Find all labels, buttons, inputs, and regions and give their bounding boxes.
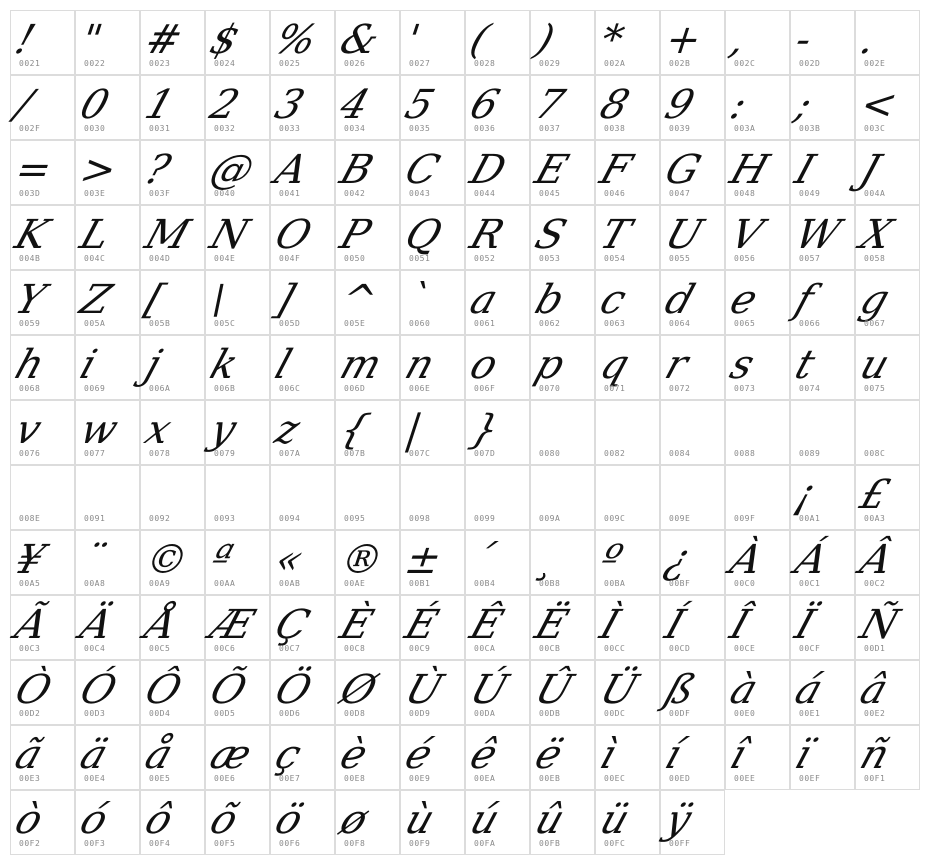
glyph-codepoint-label: 0088 <box>734 449 755 458</box>
glyph-cell: ¨00A8 <box>75 530 140 595</box>
glyph-cell: "0022 <box>75 10 140 75</box>
glyph-cell: g0067 <box>855 270 920 335</box>
glyph-cell: ë00EB <box>530 725 595 790</box>
glyph-codepoint-label: 0065 <box>734 319 755 328</box>
glyph-cell: &0026 <box>335 10 400 75</box>
glyph-codepoint-label: 00E6 <box>214 774 235 783</box>
glyph-cell: >003E <box>75 140 140 205</box>
glyph-cell: ì00EC <box>595 725 660 790</box>
glyph-cell: [005B <box>140 270 205 335</box>
glyph-sample: . <box>854 15 930 65</box>
glyph-codepoint-label: 00EC <box>604 774 625 783</box>
glyph-codepoint-label: 00F3 <box>84 839 105 848</box>
glyph-cell: y0079 <box>205 400 270 465</box>
glyph-codepoint-label: 0046 <box>604 189 625 198</box>
glyph-sample: g <box>854 275 930 325</box>
glyph-cell: W0057 <box>790 205 855 270</box>
glyph-cell: {007B <box>335 400 400 465</box>
glyph-codepoint-label: 0069 <box>84 384 105 393</box>
glyph-codepoint-label: 0024 <box>214 59 235 68</box>
glyph-cell: '0027 <box>400 10 465 75</box>
glyph-codepoint-label: 00EF <box>799 774 820 783</box>
glyph-codepoint-label: 006B <box>214 384 235 393</box>
glyph-codepoint-label: 0080 <box>539 449 560 458</box>
glyph-cell: N004E <box>205 205 270 270</box>
glyph-cell: Å00C5 <box>140 595 205 660</box>
glyph-codepoint-label: 00F5 <box>214 839 235 848</box>
glyph-codepoint-label: 0075 <box>864 384 885 393</box>
glyph-cell: ã00E3 <box>10 725 75 790</box>
glyph-cell: ,002C <box>725 10 790 75</box>
glyph-cell: B0042 <box>335 140 400 205</box>
glyph-cell: õ00F5 <box>205 790 270 855</box>
glyph-cell: ª00AA <box>205 530 270 595</box>
glyph-codepoint-label: 00FA <box>474 839 495 848</box>
glyph-cell: 80038 <box>595 75 660 140</box>
glyph-codepoint-label: 00E7 <box>279 774 300 783</box>
glyph-codepoint-label: 00CC <box>604 644 625 653</box>
glyph-cell: c0063 <box>595 270 660 335</box>
glyph-codepoint-label: 00E1 <box>799 709 820 718</box>
glyph-cell: p0070 <box>530 335 595 400</box>
glyph-cell: Ò00D2 <box>10 660 75 725</box>
glyph-cell: û00FB <box>530 790 595 855</box>
glyph-codepoint-label: 003C <box>864 124 885 133</box>
glyph-codepoint-label: 00F8 <box>344 839 365 848</box>
glyph-codepoint-label: 00A1 <box>799 514 820 523</box>
glyph-cell: Ä00C4 <box>75 595 140 660</box>
glyph-codepoint-label: 00AE <box>344 579 365 588</box>
glyph-cell: ò00F2 <box>10 790 75 855</box>
glyph-codepoint-label: 0076 <box>19 449 40 458</box>
glyph-cell: ô00F4 <box>140 790 205 855</box>
glyph-codepoint-label: 00BF <box>669 579 690 588</box>
glyph-codepoint-label: 0060 <box>409 319 430 328</box>
glyph-codepoint-label: 0092 <box>149 514 170 523</box>
glyph-codepoint-label: 0042 <box>344 189 365 198</box>
glyph-codepoint-label: 00E8 <box>344 774 365 783</box>
glyph-cell: (0028 <box>465 10 530 75</box>
glyph-codepoint-label: 00E4 <box>84 774 105 783</box>
glyph-cell: R0052 <box>465 205 530 270</box>
glyph-codepoint-label: 00C9 <box>409 644 430 653</box>
glyph-codepoint-label: 0034 <box>344 124 365 133</box>
glyph-cell: ¿00BF <box>660 530 725 595</box>
glyph-cell: l006C <box>270 335 335 400</box>
glyph-cell: «00AB <box>270 530 335 595</box>
glyph-codepoint-label: 0030 <box>84 124 105 133</box>
glyph-cell: 0080 <box>530 400 595 465</box>
glyph-cell: r0072 <box>660 335 725 400</box>
glyph-sample: Â <box>854 535 930 585</box>
glyph-codepoint-label: 00F9 <box>409 839 430 848</box>
glyph-codepoint-label: 00CF <box>799 644 820 653</box>
glyph-codepoint-label: 00B1 <box>409 579 430 588</box>
glyph-cell: ;003B <box>790 75 855 140</box>
glyph-cell: t0074 <box>790 335 855 400</box>
glyph-cell: *002A <box>595 10 660 75</box>
glyph-cell: Ç00C7 <box>270 595 335 660</box>
glyph-codepoint-label: 00AB <box>279 579 300 588</box>
glyph-cell: h0068 <box>10 335 75 400</box>
glyph-cell: 008E <box>10 465 75 530</box>
glyph-codepoint-label: 0033 <box>279 124 300 133</box>
glyph-cell: \005C <box>205 270 270 335</box>
glyph-cell: <003C <box>855 75 920 140</box>
glyph-sample: < <box>854 80 930 130</box>
glyph-codepoint-label: 003A <box>734 124 755 133</box>
glyph-codepoint-label: 0056 <box>734 254 755 263</box>
glyph-cell: x0078 <box>140 400 205 465</box>
glyph-cell: 0095 <box>335 465 400 530</box>
glyph-cell: í00ED <box>660 725 725 790</box>
glyph-cell: n006E <box>400 335 465 400</box>
glyph-cell: Ü00DC <box>595 660 660 725</box>
glyph-cell: ^005E <box>335 270 400 335</box>
glyph-cell: !0021 <box>10 10 75 75</box>
glyph-codepoint-label: 0048 <box>734 189 755 198</box>
glyph-cell: ¥00A5 <box>10 530 75 595</box>
glyph-codepoint-label: 004C <box>84 254 105 263</box>
glyph-codepoint-label: 006D <box>344 384 365 393</box>
glyph-codepoint-label: 0068 <box>19 384 40 393</box>
glyph-codepoint-label: 00B4 <box>474 579 495 588</box>
glyph-codepoint-label: 0082 <box>604 449 625 458</box>
glyph-codepoint-label: 0089 <box>799 449 820 458</box>
glyph-cell: 0089 <box>790 400 855 465</box>
glyph-codepoint-label: 00F6 <box>279 839 300 848</box>
glyph-codepoint-label: 0026 <box>344 59 365 68</box>
glyph-cell: á00E1 <box>790 660 855 725</box>
glyph-codepoint-label: 003F <box>149 189 170 198</box>
glyph-cell: Û00DB <box>530 660 595 725</box>
glyph-codepoint-label: 00C5 <box>149 644 170 653</box>
glyph-cell: `0060 <box>400 270 465 335</box>
glyph-codepoint-label: 0091 <box>84 514 105 523</box>
glyph-codepoint-label: 00E2 <box>864 709 885 718</box>
glyph-codepoint-label: 0045 <box>539 189 560 198</box>
glyph-cell: À00C0 <box>725 530 790 595</box>
glyph-codepoint-label: 009E <box>669 514 690 523</box>
glyph-cell: ø00F8 <box>335 790 400 855</box>
glyph-cell: z007A <box>270 400 335 465</box>
glyph-codepoint-label: 0039 <box>669 124 690 133</box>
glyph-cell: ú00FA <box>465 790 530 855</box>
glyph-cell: 0091 <box>75 465 140 530</box>
glyph-codepoint-label: 00C6 <box>214 644 235 653</box>
glyph-codepoint-label: 00A3 <box>864 514 885 523</box>
glyph-codepoint-label: 00D1 <box>864 644 885 653</box>
glyph-sample <box>854 405 930 455</box>
glyph-cell: 009F <box>725 465 790 530</box>
glyph-cell: e0065 <box>725 270 790 335</box>
glyph-cell: 009A <box>530 465 595 530</box>
glyph-codepoint-label: 002C <box>734 59 755 68</box>
glyph-cell: ç00E7 <box>270 725 335 790</box>
glyph-codepoint-label: 00DF <box>669 709 690 718</box>
glyph-cell: 0092 <box>140 465 205 530</box>
glyph-cell: J004A <box>855 140 920 205</box>
glyph-codepoint-label: 0055 <box>669 254 690 263</box>
glyph-codepoint-label: 0084 <box>669 449 690 458</box>
glyph-cell: 40034 <box>335 75 400 140</box>
glyph-cell: ß00DF <box>660 660 725 725</box>
glyph-cell: I0049 <box>790 140 855 205</box>
glyph-cell: å00E5 <box>140 725 205 790</box>
glyph-cell: à00E0 <box>725 660 790 725</box>
glyph-cell: Ê00CA <box>465 595 530 660</box>
glyph-cell: Î00CE <box>725 595 790 660</box>
glyph-cell: )0029 <box>530 10 595 75</box>
glyph-codepoint-label: 004E <box>214 254 235 263</box>
glyph-sample: X <box>854 210 930 260</box>
glyph-codepoint-label: 0078 <box>149 449 170 458</box>
glyph-cell: 50035 <box>400 75 465 140</box>
glyph-codepoint-label: 0023 <box>149 59 170 68</box>
glyph-codepoint-label: 00EB <box>539 774 560 783</box>
glyph-codepoint-label: 0041 <box>279 189 300 198</box>
glyph-cell: 008C <box>855 400 920 465</box>
glyph-cell: j006A <box>140 335 205 400</box>
glyph-sample: ÿ <box>659 795 765 845</box>
glyph-codepoint-label: 0074 <box>799 384 820 393</box>
glyph-codepoint-label: 0025 <box>279 59 300 68</box>
glyph-codepoint-label: 00A9 <box>149 579 170 588</box>
glyph-cell: Ì00CC <box>595 595 660 660</box>
glyph-cell: ?003F <box>140 140 205 205</box>
glyph-codepoint-label: 0035 <box>409 124 430 133</box>
glyph-codepoint-label: 0063 <box>604 319 625 328</box>
glyph-codepoint-label: 0029 <box>539 59 560 68</box>
glyph-cell: Á00C1 <box>790 530 855 595</box>
glyph-codepoint-label: 0079 <box>214 449 235 458</box>
glyph-cell: G0047 <box>660 140 725 205</box>
glyph-codepoint-label: 0054 <box>604 254 625 263</box>
glyph-cell: L004C <box>75 205 140 270</box>
glyph-codepoint-label: 0044 <box>474 189 495 198</box>
glyph-codepoint-label: 009A <box>539 514 560 523</box>
glyph-cell: b0062 <box>530 270 595 335</box>
glyph-codepoint-label: 0061 <box>474 319 495 328</box>
glyph-cell: D0044 <box>465 140 530 205</box>
glyph-cell: Ë00CB <box>530 595 595 660</box>
glyph-codepoint-label: 00F2 <box>19 839 40 848</box>
glyph-cell: }007D <box>465 400 530 465</box>
glyph-cell: Â00C2 <box>855 530 920 595</box>
glyph-cell: ñ00F1 <box>855 725 920 790</box>
glyph-cell: U0055 <box>660 205 725 270</box>
glyph-cell: Ï00CF <box>790 595 855 660</box>
glyph-cell: ÿ00FF <box>660 790 725 855</box>
glyph-cell: .002E <box>855 10 920 75</box>
glyph-codepoint-label: 0040 <box>214 189 235 198</box>
glyph-codepoint-label: 00C8 <box>344 644 365 653</box>
glyph-cell: ®00AE <box>335 530 400 595</box>
glyph-cell: O004F <box>270 205 335 270</box>
glyph-cell: 10031 <box>140 75 205 140</box>
glyph-cell: Q0051 <box>400 205 465 270</box>
glyph-cell: 70037 <box>530 75 595 140</box>
glyph-codepoint-label: 007D <box>474 449 495 458</box>
glyph-codepoint-label: 00AA <box>214 579 235 588</box>
glyph-cell: É00C9 <box>400 595 465 660</box>
glyph-codepoint-label: 00C2 <box>864 579 885 588</box>
glyph-sample: â <box>854 665 930 715</box>
glyph-cell: 0088 <box>725 400 790 465</box>
glyph-cell: @0040 <box>205 140 270 205</box>
glyph-cell: é00E9 <box>400 725 465 790</box>
glyph-cell: £00A3 <box>855 465 920 530</box>
glyph-codepoint-label: 003D <box>19 189 40 198</box>
glyph-cell: 60036 <box>465 75 530 140</box>
glyph-cell: /002F <box>10 75 75 140</box>
glyph-cell: C0043 <box>400 140 465 205</box>
glyph-codepoint-label: 002A <box>604 59 625 68</box>
glyph-cell: 009E <box>660 465 725 530</box>
glyph-codepoint-label: 007C <box>409 449 430 458</box>
glyph-cell: k006B <box>205 335 270 400</box>
glyph-cell: Õ00D5 <box>205 660 270 725</box>
glyph-cell: ù00F9 <box>400 790 465 855</box>
glyph-codepoint-label: 00ED <box>669 774 690 783</box>
glyph-codepoint-label: 00D9 <box>409 709 430 718</box>
glyph-codepoint-label: 006A <box>149 384 170 393</box>
glyph-cell: A0041 <box>270 140 335 205</box>
glyph-cell: =003D <box>10 140 75 205</box>
glyph-codepoint-label: 00F1 <box>864 774 885 783</box>
glyph-cell: ¸00B8 <box>530 530 595 595</box>
glyph-codepoint-label: 00A8 <box>84 579 105 588</box>
glyph-codepoint-label: 0071 <box>604 384 625 393</box>
glyph-cell: 0098 <box>400 465 465 530</box>
glyph-cell: #0023 <box>140 10 205 75</box>
glyph-cell: T0054 <box>595 205 660 270</box>
glyph-codepoint-label: 00EA <box>474 774 495 783</box>
glyph-codepoint-label: 006F <box>474 384 495 393</box>
glyph-cell: ö00F6 <box>270 790 335 855</box>
glyph-cell: d0064 <box>660 270 725 335</box>
glyph-codepoint-label: 002D <box>799 59 820 68</box>
glyph-codepoint-label: 009C <box>604 514 625 523</box>
glyph-codepoint-label: 0070 <box>539 384 560 393</box>
glyph-codepoint-label: 00D2 <box>19 709 40 718</box>
glyph-codepoint-label: 007B <box>344 449 365 458</box>
glyph-cell: s0073 <box>725 335 790 400</box>
glyph-codepoint-label: 0051 <box>409 254 430 263</box>
glyph-codepoint-label: 0099 <box>474 514 495 523</box>
glyph-codepoint-label: 0098 <box>409 514 430 523</box>
glyph-codepoint-label: 0067 <box>864 319 885 328</box>
glyph-cell: ¡00A1 <box>790 465 855 530</box>
glyph-cell: o006F <box>465 335 530 400</box>
glyph-codepoint-label: 0043 <box>409 189 430 198</box>
glyph-codepoint-label: 003E <box>84 189 105 198</box>
glyph-cell: -002D <box>790 10 855 75</box>
glyph-cell: æ00E6 <box>205 725 270 790</box>
glyph-codepoint-label: 0028 <box>474 59 495 68</box>
glyph-codepoint-label: 0052 <box>474 254 495 263</box>
glyph-sample: ñ <box>854 730 930 780</box>
glyph-codepoint-label: 00D6 <box>279 709 300 718</box>
glyph-cell: Y0059 <box>10 270 75 335</box>
glyph-codepoint-label: 00EE <box>734 774 755 783</box>
glyph-codepoint-label: 00DC <box>604 709 625 718</box>
glyph-codepoint-label: 005A <box>84 319 105 328</box>
glyph-cell: Ú00DA <box>465 660 530 725</box>
glyph-cell: m006D <box>335 335 400 400</box>
glyph-sample: Ñ <box>854 600 930 650</box>
glyph-codepoint-label: 005E <box>344 319 365 328</box>
glyph-cell: V0056 <box>725 205 790 270</box>
glyph-codepoint-label: 00E3 <box>19 774 40 783</box>
glyph-cell: Í00CD <box>660 595 725 660</box>
glyph-sample: J <box>854 145 930 195</box>
glyph-codepoint-label: 0047 <box>669 189 690 198</box>
glyph-codepoint-label: 00DA <box>474 709 495 718</box>
glyph-cell: S0053 <box>530 205 595 270</box>
glyph-cell: P0050 <box>335 205 400 270</box>
glyph-cell: 00030 <box>75 75 140 140</box>
glyph-codepoint-label: 008E <box>19 514 40 523</box>
glyph-codepoint-label: 00C4 <box>84 644 105 653</box>
glyph-sample: £ <box>854 470 930 520</box>
glyph-codepoint-label: 00FB <box>539 839 560 848</box>
glyph-cell: ê00EA <box>465 725 530 790</box>
glyph-codepoint-label: 002B <box>669 59 690 68</box>
glyph-codepoint-label: 0094 <box>279 514 300 523</box>
glyph-codepoint-label: 0036 <box>474 124 495 133</box>
glyph-codepoint-label: 0049 <box>799 189 820 198</box>
glyph-codepoint-label: 00BA <box>604 579 625 588</box>
glyph-cell: Ö00D6 <box>270 660 335 725</box>
glyph-codepoint-label: 00CE <box>734 644 755 653</box>
glyph-codepoint-label: 00E9 <box>409 774 430 783</box>
glyph-cell: ü00FC <box>595 790 660 855</box>
glyph-cell: 0099 <box>465 465 530 530</box>
glyph-sample: u <box>854 340 930 390</box>
glyph-cell: 90039 <box>660 75 725 140</box>
glyph-codepoint-label: 0022 <box>84 59 105 68</box>
glyph-codepoint-label: 0093 <box>214 514 235 523</box>
glyph-codepoint-label: 008C <box>864 449 885 458</box>
glyph-codepoint-label: 0064 <box>669 319 690 328</box>
glyph-cell: E0045 <box>530 140 595 205</box>
glyph-codepoint-label: 0062 <box>539 319 560 328</box>
glyph-cell: è00E8 <box>335 725 400 790</box>
glyph-cell: K004B <box>10 205 75 270</box>
glyph-cell: º00BA <box>595 530 660 595</box>
glyph-cell: Ã00C3 <box>10 595 75 660</box>
glyph-cell: ä00E4 <box>75 725 140 790</box>
glyph-cell: w0077 <box>75 400 140 465</box>
glyph-cell: a0061 <box>465 270 530 335</box>
glyph-cell: ´00B4 <box>465 530 530 595</box>
glyph-codepoint-label: 0031 <box>149 124 170 133</box>
glyph-codepoint-label: 00FF <box>669 839 690 848</box>
glyph-cell: $0024 <box>205 10 270 75</box>
glyph-codepoint-label: 0032 <box>214 124 235 133</box>
glyph-cell: Z005A <box>75 270 140 335</box>
glyph-cell: H0048 <box>725 140 790 205</box>
glyph-cell: 0084 <box>660 400 725 465</box>
glyph-cell: ó00F3 <box>75 790 140 855</box>
glyph-codepoint-label: 004B <box>19 254 40 263</box>
glyph-codepoint-label: 007A <box>279 449 300 458</box>
glyph-codepoint-label: 00D3 <box>84 709 105 718</box>
glyph-codepoint-label: 005D <box>279 319 300 328</box>
glyph-cell: %0025 <box>270 10 335 75</box>
glyph-cell: i0069 <box>75 335 140 400</box>
